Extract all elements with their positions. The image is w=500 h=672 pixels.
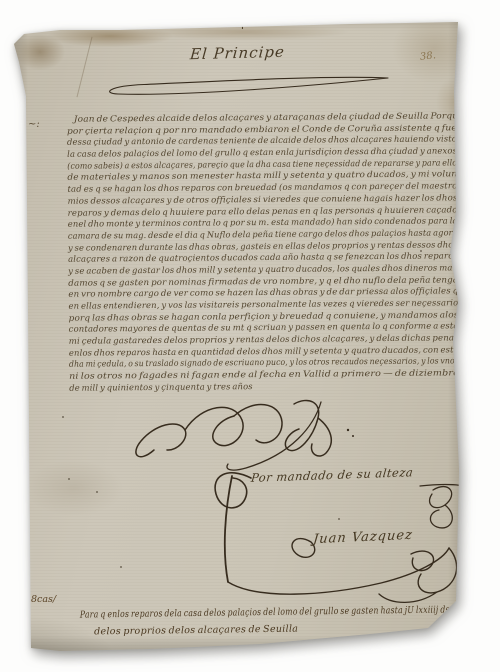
document-title: El Principe: [189, 43, 285, 64]
paper-crease: [77, 37, 93, 97]
paper-shadow: + El Principe 38. ~: Joan de Cespedes al…: [0, 0, 500, 672]
docket-mark: 8cas/: [31, 594, 56, 605]
ink-speck: [120, 566, 122, 568]
docket-line: Para q enlos reparos dela casa delos pal…: [80, 601, 450, 623]
folio-number: 38.: [419, 50, 436, 63]
cross-mark: +: [237, 18, 248, 33]
ink-speck: [96, 491, 98, 493]
secretary-signature: Por mandado de su alteza Juan Vazquez: [195, 462, 470, 610]
ink-speck: [68, 478, 70, 480]
ink-speck: [62, 416, 64, 418]
manuscript-paper: + El Principe 38. ~: Joan de Cespedes al…: [14, 18, 460, 652]
heading-flourish: [100, 70, 400, 100]
docket-note: Para q enlos reparos dela casa delos pal…: [80, 601, 452, 640]
body-text: Joan de Cespedes alcaide delos alcaçares…: [67, 110, 461, 394]
body-line: ni los otros no fagades ni fagan ende al…: [69, 367, 459, 382]
ink-speck: [420, 250, 422, 252]
body-line: de mill y quinientos y çinquenta y tres …: [69, 381, 253, 394]
margin-mark: ~:: [28, 119, 40, 130]
manuscript-photo: + El Principe 38. ~: Joan de Cespedes al…: [0, 0, 500, 672]
docket-line: delos proprios delos alcaçares de Seuill…: [94, 621, 298, 641]
ink-speck: [338, 518, 340, 520]
